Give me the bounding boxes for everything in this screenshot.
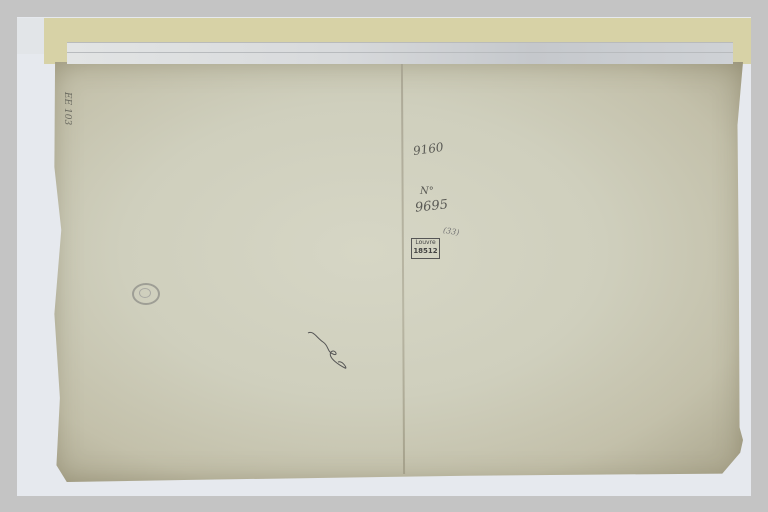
stamp-label: Louvre [415, 239, 435, 246]
mount-corner [17, 18, 44, 54]
hinge-tape [67, 42, 733, 64]
pencil-swirl-mark [132, 283, 160, 305]
side-inscription: EE 103 [62, 92, 72, 125]
paper-sheet [53, 62, 743, 482]
pen-flourish-mark [305, 330, 349, 370]
collection-stamp: Louvre 18512 [411, 238, 440, 259]
stamp-number: 18512 [412, 247, 439, 255]
inventory-prefix: N° [420, 186, 434, 197]
hinge-tape-edge [67, 52, 733, 53]
